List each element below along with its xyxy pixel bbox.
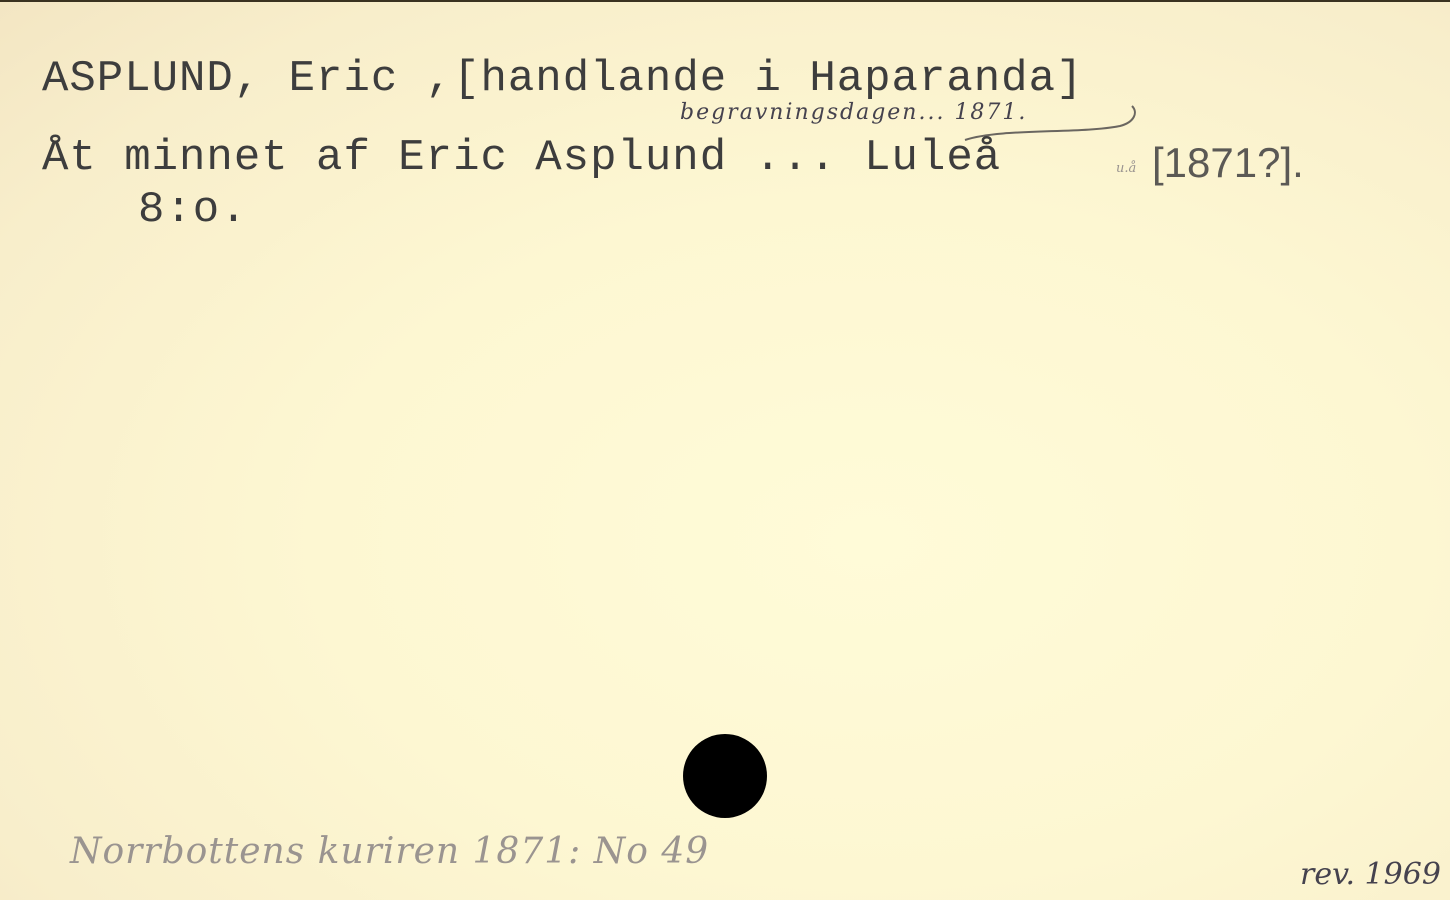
catalog-card: ASPLUND, Eric ,[handlande i Haparanda] b… [0,2,1450,900]
revision-note: rev. 1969 [1300,860,1441,890]
author-name: ASPLUND, Eric [42,54,398,104]
title-text: Åt minnet af Eric Asplund ... [42,133,837,183]
heading-separator: , [398,54,453,104]
punch-hole [683,734,767,818]
no-year-annotation: u.å [1116,162,1136,175]
author-description: [handlande i Haparanda] [453,54,1083,104]
heading-line: ASPLUND, Eric ,[handlande i Haparanda] [42,57,1083,101]
place-of-publication: Luleå [864,133,1001,183]
format-line: 8:o. [138,188,248,232]
source-note: Norrbottens kuriren 1871: No 49 [70,834,709,870]
title-line: Åt minnet af Eric Asplund ... Luleå [42,136,1001,180]
publication-date: [1871?]. [1152,142,1304,184]
